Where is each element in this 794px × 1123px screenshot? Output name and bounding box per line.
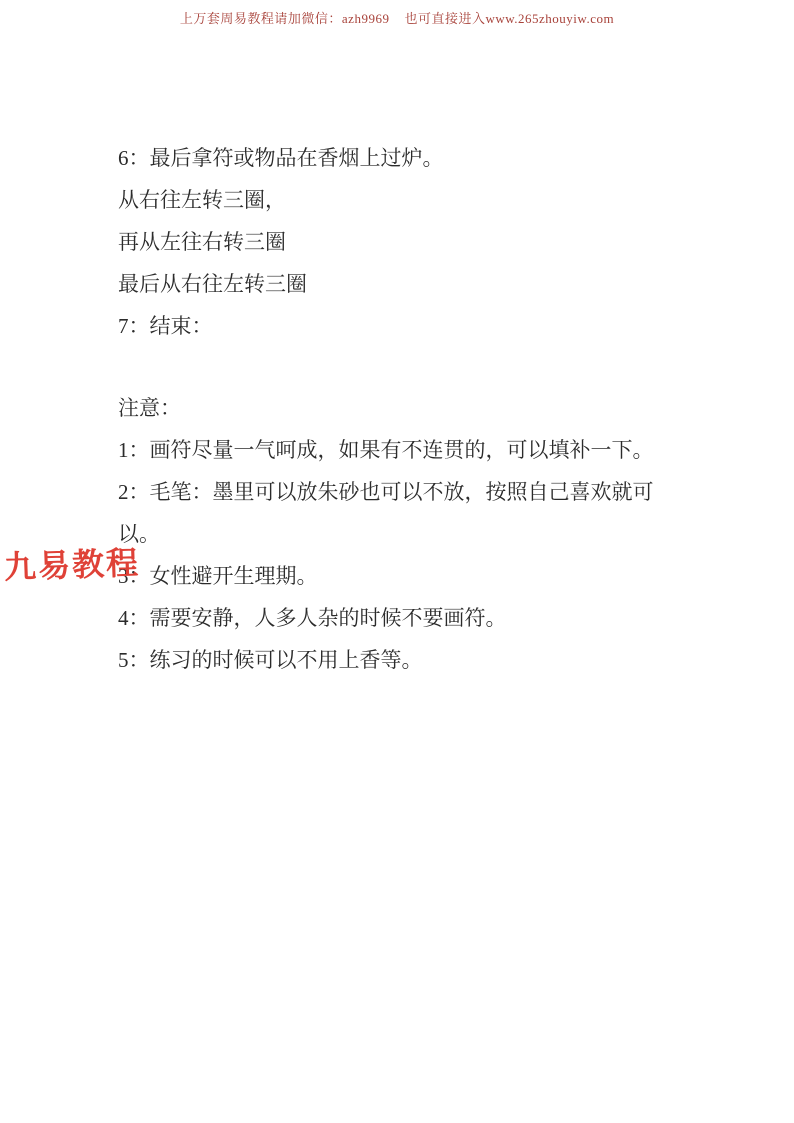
paragraph-note-4: 4：需要安静，人多人杂的时候不要画符。 (118, 597, 680, 639)
watermark-text: 九易教程 (3, 538, 141, 589)
paragraph-turn-3: 最后从右往左转三圈 (118, 263, 680, 305)
paragraph-notes-title: 注意： (118, 387, 680, 429)
document-page: 上万套周易教程请加微信：azh9969 也可直接进入www.265zhouyiw… (0, 0, 794, 1123)
paragraph-step6: 6：最后拿符或物品在香烟上过炉。 (118, 137, 680, 179)
paragraph-note-3: 3：女性避开生理期。 (118, 555, 680, 597)
header-promo-text: 上万套周易教程请加微信：azh9969 也可直接进入www.265zhouyiw… (0, 8, 794, 27)
paragraph-turn-1: 从右往左转三圈， (118, 179, 680, 221)
paragraph-note-1: 1：画符尽量一气呵成，如果有不连贯的，可以填补一下。 (118, 429, 680, 471)
paragraph-step7: 7：结束： (118, 305, 680, 347)
paragraph-note-2: 2：毛笔：墨里可以放朱砂也可以不放，按照自己喜欢就可以。 (118, 471, 680, 555)
paragraph-turn-2: 再从左往右转三圈 (118, 221, 680, 263)
paragraph-note-5: 5：练习的时候可以不用上香等。 (118, 639, 680, 681)
document-body: 6：最后拿符或物品在香烟上过炉。 从右往左转三圈， 再从左往右转三圈 最后从右往… (118, 137, 680, 681)
